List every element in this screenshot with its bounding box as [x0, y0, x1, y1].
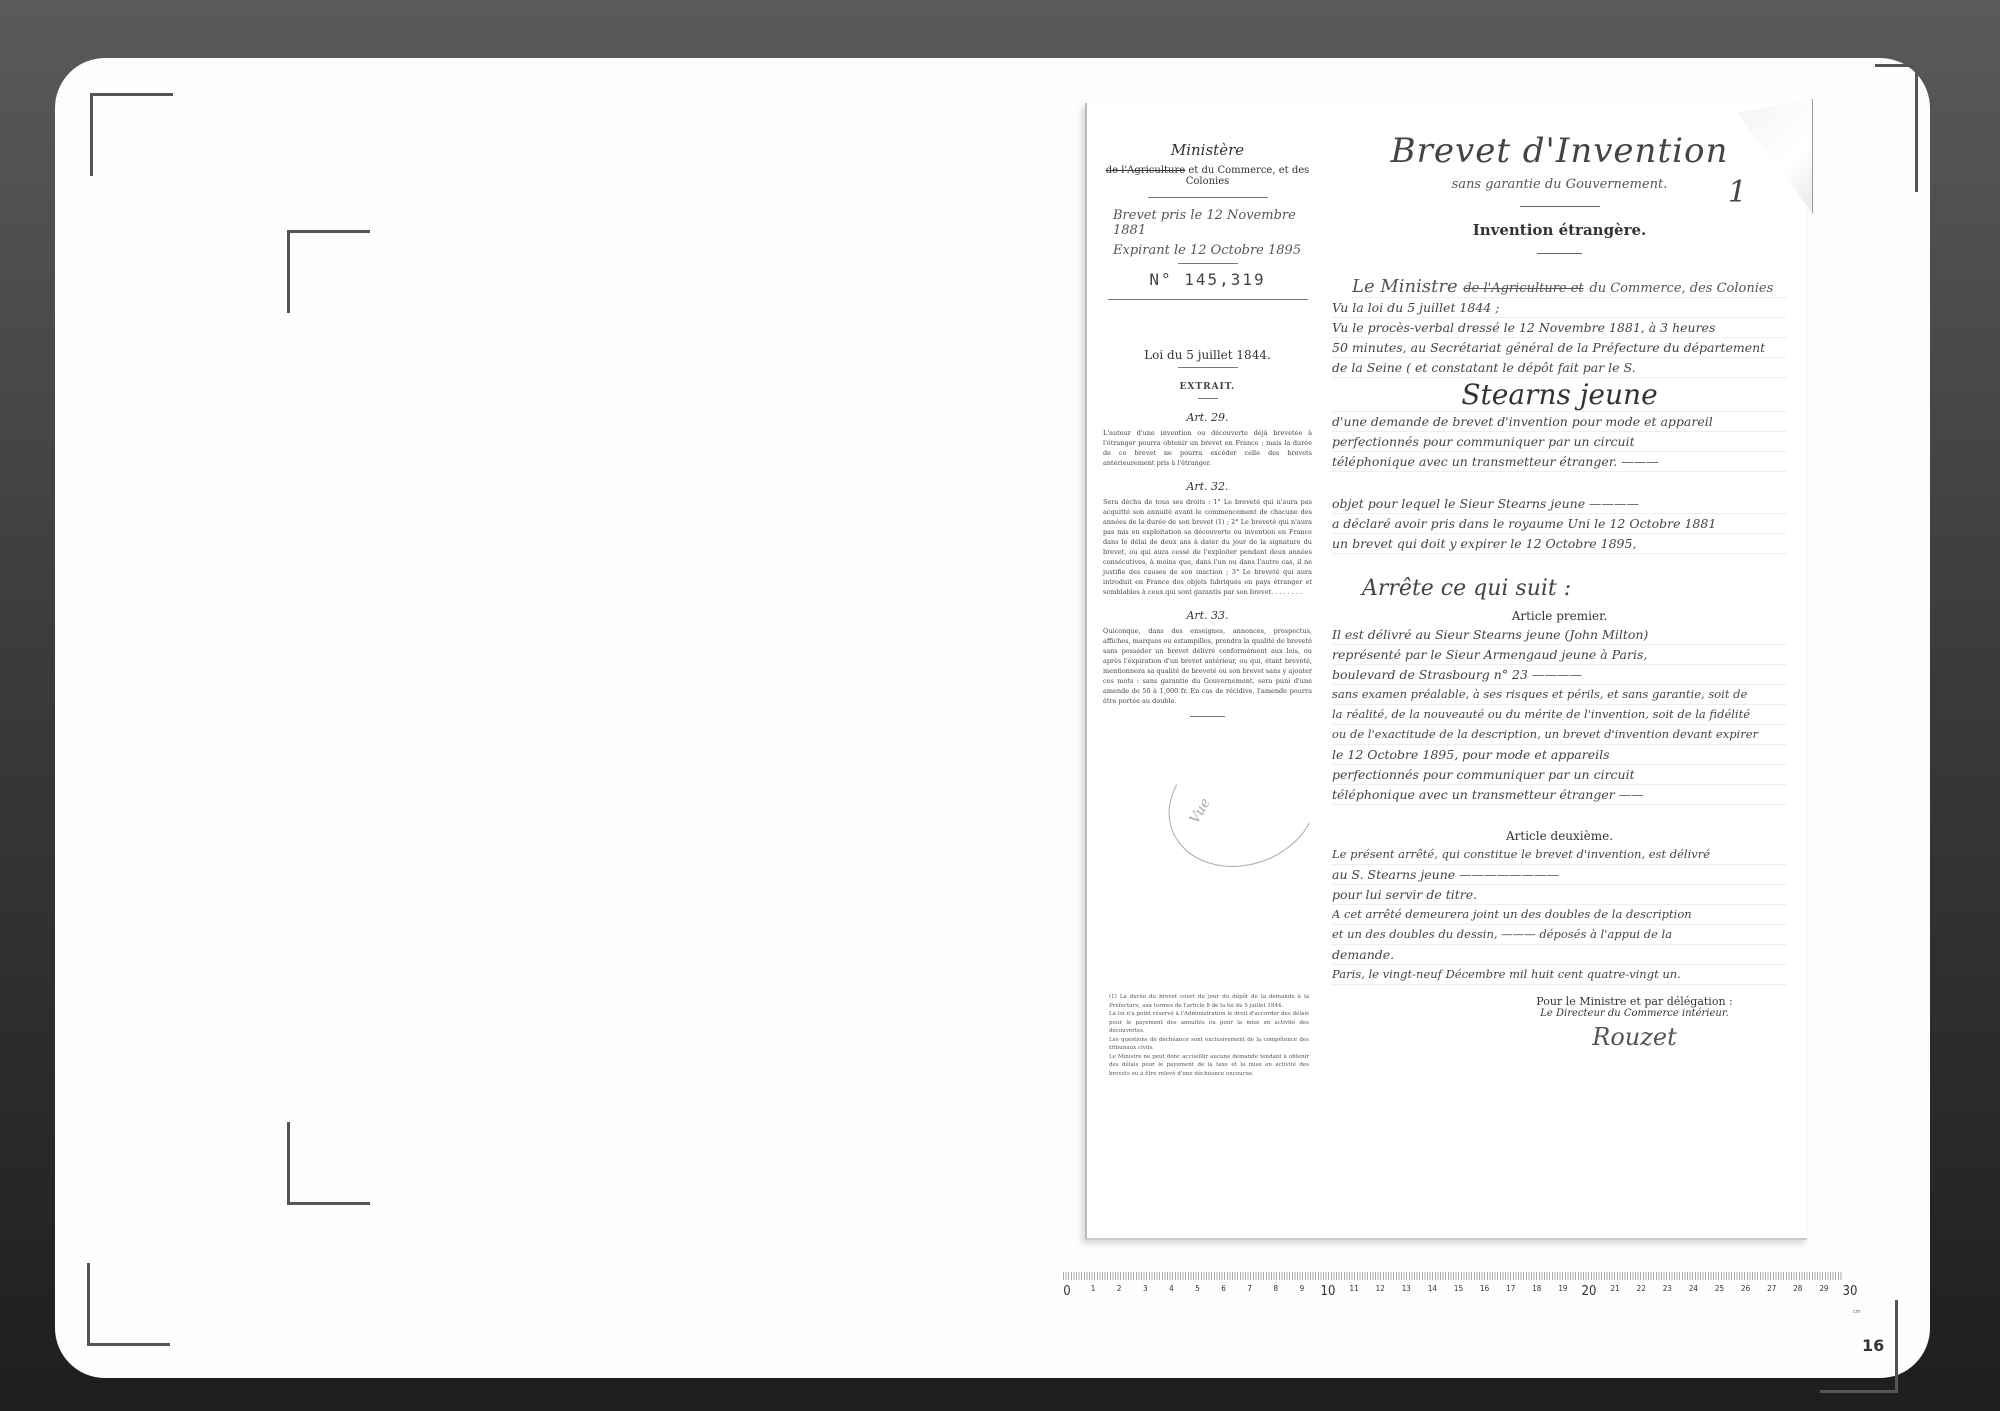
text-line: au S. Stearns jeune ———————— — [1332, 865, 1787, 885]
ruler-label: 20 — [1582, 1284, 1597, 1299]
patent-document: 1 Ministère de l'Agriculture et du Comme… — [1085, 103, 1807, 1240]
crop-mark-inner-top-left — [287, 230, 370, 313]
crop-mark-bottom-left — [87, 1263, 170, 1346]
text-line: de la Seine ( et constatant le dépôt fai… — [1332, 358, 1787, 378]
ruler-label: 17 — [1506, 1284, 1515, 1293]
ruler-label: 5 — [1195, 1284, 1200, 1293]
article-29-body: L'auteur d'une invention ou découverte d… — [1095, 428, 1320, 468]
handwritten-line: représenté par le Sieur Armengaud jeune … — [1332, 645, 1787, 665]
ruler-unit: cm — [1853, 1309, 1861, 1315]
text-line: A cet arrêté demeurera joint un des doub… — [1332, 905, 1787, 925]
ruler-label: 0 — [1063, 1284, 1070, 1299]
ruler-label: 10 — [1321, 1284, 1336, 1299]
divider — [1108, 299, 1308, 300]
section-title: Invention étrangère. — [1332, 221, 1787, 239]
divider — [1178, 263, 1238, 264]
ruler-label: 27 — [1767, 1284, 1776, 1293]
ruler-label: 24 — [1689, 1284, 1698, 1293]
applicant-name: Stearns jeune — [1332, 378, 1787, 412]
text-line: 50 minutes, au Secrétariat général de la… — [1332, 338, 1787, 358]
ministry-subtitle: de l'Agriculture et du Commerce, et des … — [1095, 165, 1320, 187]
handwritten-line: perfectionnés pour communiquer par un ci… — [1332, 765, 1787, 785]
article-33-body: Quiconque, dans des enseignes, annonces,… — [1095, 626, 1320, 706]
ruler-label: 6 — [1221, 1284, 1226, 1293]
arrete-heading: Arrête ce qui suit : — [1362, 576, 1787, 601]
ruler-label: 23 — [1663, 1284, 1672, 1293]
minister-rest: du Commerce, des Colonies — [1589, 281, 1773, 296]
signatory-title: Le Directeur du Commerce intérieur. — [1482, 1008, 1787, 1019]
ruler-label: 30 — [1843, 1284, 1858, 1299]
article-1-title: Article premier. — [1332, 609, 1787, 623]
ministry-rest: et du Commerce, et des Colonies — [1186, 165, 1310, 187]
minister-prefix: Le Ministre — [1352, 276, 1458, 297]
article-33-title: Art. 33. — [1095, 609, 1320, 622]
document-title: Brevet d'Invention — [1332, 131, 1787, 171]
text-line: la réalité, de la nouveauté ou du mérite… — [1332, 705, 1787, 725]
handwritten-line: boulevard de Strasbourg n° 23 ———— — [1332, 665, 1787, 685]
ruler-label: 9 — [1300, 1284, 1305, 1293]
footnote: (1) La durée du brevet court du jour du … — [1109, 993, 1309, 1078]
handwritten-line: téléphonique avec un transmetteur étrang… — [1332, 452, 1787, 472]
minister-line: Le Ministre de l'Agriculture et du Comme… — [1352, 276, 1787, 298]
ministry-struck: de l'Agriculture — [1106, 165, 1185, 176]
ruler-label: 21 — [1611, 1284, 1620, 1293]
text-line: Il est délivré au Sieur Stearns jeune (J… — [1332, 625, 1787, 645]
handwritten-line: perfectionnés pour communiquer par un ci… — [1332, 432, 1787, 452]
scale-ruler: 0123456789101112131415161718192021222324… — [1063, 1270, 1873, 1310]
crop-mark-top-right — [1875, 64, 1918, 192]
ruler-ticks — [1063, 1272, 1843, 1280]
divider — [1198, 398, 1218, 399]
article-32-body: Sera déchu de tous ses droits : 1° Le br… — [1095, 497, 1320, 597]
expiry-date: Expirant le 12 Octobre 1895 — [1095, 243, 1320, 258]
text-line: le 12 Octobre 1895, pour mode et apparei… — [1332, 745, 1787, 765]
ruler-labels: 0123456789101112131415161718192021222324… — [1063, 1284, 1863, 1304]
ruler-label: 14 — [1428, 1284, 1437, 1293]
ruler-label: 1 — [1091, 1284, 1096, 1293]
signatory-line: Pour le Ministre et par délégation : — [1482, 995, 1787, 1008]
ruler-label: 11 — [1350, 1284, 1359, 1293]
text-line: ou de l'exactitude de la description, un… — [1332, 725, 1787, 745]
divider — [1178, 367, 1238, 368]
divider — [1537, 253, 1582, 254]
text-line: Le présent arrêté, qui constitue le brev… — [1332, 845, 1787, 865]
ruler-label: 3 — [1143, 1284, 1148, 1293]
article-32-title: Art. 32. — [1095, 480, 1320, 493]
ministry-title: Ministère — [1095, 141, 1320, 159]
text-line: d'une demande de brevet d'invention pour… — [1332, 412, 1787, 432]
text-line: sans examen préalable, à ses risques et … — [1332, 685, 1787, 705]
ruler-label: 28 — [1793, 1284, 1802, 1293]
crop-mark-top-left — [90, 93, 173, 176]
handwritten-line: téléphonique avec un transmetteur étrang… — [1332, 785, 1787, 805]
text-line: Vu le procès-verbal dressé le 12 Novembr… — [1332, 318, 1787, 338]
ruler-label: 22 — [1637, 1284, 1646, 1293]
ruler-label: 19 — [1558, 1284, 1567, 1293]
ruler-label: 13 — [1402, 1284, 1411, 1293]
left-column: Ministère de l'Agriculture et du Commerc… — [1095, 131, 1320, 727]
ruler-label: 8 — [1274, 1284, 1279, 1293]
ruler-label: 25 — [1715, 1284, 1724, 1293]
document-subtitle: sans garantie du Gouvernement. — [1332, 177, 1787, 192]
text-line: demande. — [1332, 945, 1787, 965]
divider — [1148, 197, 1268, 198]
ruler-label: 29 — [1819, 1284, 1828, 1293]
footnote-line: (1) La durée du brevet court du jour du … — [1109, 993, 1309, 1010]
crop-mark-inner-bottom-left — [287, 1122, 370, 1205]
footnote-line: Les questions de déchéance sont exclusiv… — [1109, 1036, 1309, 1053]
ruler-label: 7 — [1247, 1284, 1252, 1293]
brevet-date: Brevet pris le 12 Novembre 1881 — [1095, 208, 1320, 238]
plate-number: 16 — [1862, 1336, 1884, 1355]
text-line: pour lui servir de titre. — [1332, 885, 1787, 905]
ruler-label: 12 — [1376, 1284, 1385, 1293]
text-line: un brevet qui doit y expirer le 12 Octob… — [1332, 534, 1787, 554]
ruler-label: 2 — [1117, 1284, 1122, 1293]
footnote-line: Le Ministre ne peut donc accueillir aucu… — [1109, 1053, 1309, 1079]
ruler-label: 4 — [1169, 1284, 1174, 1293]
minister-struck: de l'Agriculture et — [1463, 281, 1583, 296]
article-29-title: Art. 29. — [1095, 411, 1320, 424]
text-line: objet pour lequel le Sieur Stearns jeune… — [1332, 494, 1787, 514]
law-title: Loi du 5 juillet 1844. — [1095, 348, 1320, 362]
ruler-label: 16 — [1480, 1284, 1489, 1293]
ruler-label: 26 — [1741, 1284, 1750, 1293]
text-line: Vu la loi du 5 juillet 1844 ; — [1332, 298, 1787, 318]
stamp-arc — [1151, 721, 1336, 888]
patent-number: N° 145,319 — [1095, 270, 1320, 289]
article-2-title: Article deuxième. — [1332, 829, 1787, 843]
signature: Rouzet — [1482, 1023, 1787, 1051]
text-line: et un des doubles du dessin, ——— déposés… — [1332, 925, 1787, 945]
divider — [1190, 716, 1225, 717]
text-line: a déclaré avoir pris dans le royaume Uni… — [1332, 514, 1787, 534]
right-column: Brevet d'Invention sans garantie du Gouv… — [1332, 123, 1787, 1051]
ruler-label: 15 — [1454, 1284, 1463, 1293]
text-line: Paris, le vingt-neuf Décembre mil huit c… — [1332, 965, 1787, 985]
ruler-label: 18 — [1532, 1284, 1541, 1293]
footnote-line: La loi n'a point réservé à l'Administrat… — [1109, 1010, 1309, 1036]
divider — [1520, 206, 1600, 207]
extract-heading: EXTRAIT. — [1095, 382, 1320, 392]
